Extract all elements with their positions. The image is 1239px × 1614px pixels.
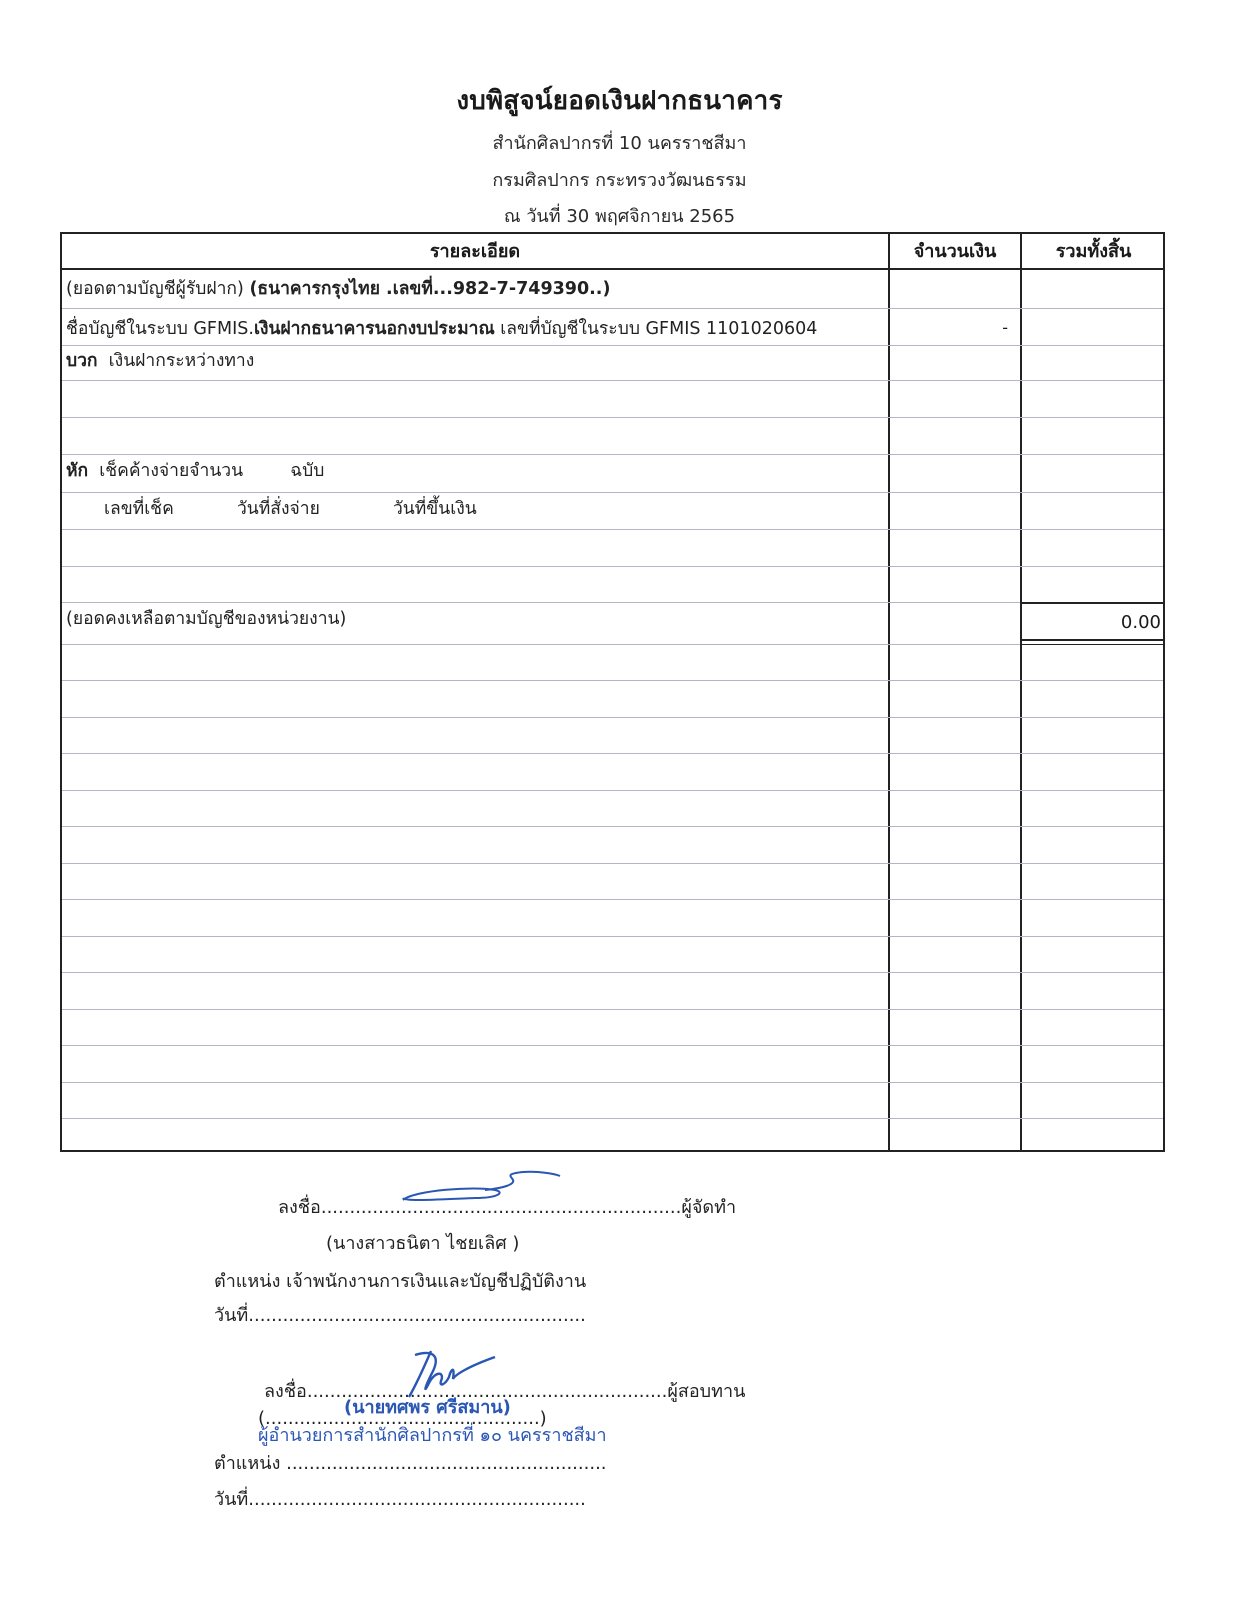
header-divider [62, 268, 1163, 270]
ruled-line [62, 790, 1163, 791]
gfmis-account-row: ชื่อบัญชีในระบบ GFMIS.เงินฝากธนาคารนอกงบ… [66, 314, 817, 342]
gfmis-account-name: เงินฝากธนาคารนอกงบประมาณ [254, 319, 495, 339]
office-name: สำนักศิลปากรที่ 10 นครราชสีมา [0, 128, 1239, 157]
issue-date-label: วันที่สั่งจ่าย [237, 499, 320, 519]
cheque-columns-row: เลขที่เช็ค วันที่สั่งจ่าย วันที่ขึ้นเงิน [104, 494, 477, 522]
bank-balance-label: (ยอดตามบัญชีผู้รับฝาก) [66, 279, 244, 299]
preparer-position: ตำแหน่ง เจ้าพนักงานการเงินและบัญชีปฏิบัต… [214, 1266, 586, 1295]
preparer-date-label: วันที่ [214, 1305, 248, 1326]
bank-balance-row: (ยอดตามบัญชีผู้รับฝาก) (ธนาคารกรุงไทย .เ… [66, 274, 610, 302]
deduct-row: หัก เช็คค้างจ่ายจำนวน ฉบับ [66, 456, 324, 484]
deduct-unit: ฉบับ [290, 461, 324, 481]
reviewer-date-line: วันที่..................................… [214, 1484, 586, 1513]
ruled-line [62, 417, 1163, 418]
preparer-date-line: วันที่..................................… [214, 1300, 586, 1329]
reviewer-position-stamp: ผู้อำนวยการสำนักศิลปากรที่ ๑๐ นครราชสีมา [258, 1420, 607, 1449]
column-header-total: รวมทั้งสิ้น [1022, 236, 1165, 268]
total-double-underline [1020, 639, 1163, 645]
column-header-amount: จำนวนเงิน [890, 236, 1020, 268]
cheque-number-label: เลขที่เช็ค [104, 499, 174, 519]
column-divider-total [1020, 234, 1022, 1150]
gfmis-amount: - [890, 318, 1008, 337]
ruled-line [62, 644, 1163, 645]
add-row: บวก เงินฝากระหว่างทาง [66, 346, 254, 374]
gfmis-account-number: เลขที่บัญชีในระบบ GFMIS 1101020604 [495, 319, 818, 339]
ruled-line [62, 566, 1163, 567]
ruled-line [62, 826, 1163, 827]
ruled-line [62, 863, 1163, 864]
ruled-line [62, 529, 1163, 530]
reviewer-position-dots: ........................................… [286, 1453, 606, 1474]
preparer-signature-icon [395, 1168, 575, 1208]
ruled-line [62, 899, 1163, 900]
preparer-date-dots: ........................................… [248, 1305, 586, 1326]
column-divider-amount [888, 234, 890, 1150]
bank-name: (ธนาคารกรุงไทย .เลขที่...982-7-749390..) [249, 279, 610, 299]
ruled-line [62, 680, 1163, 681]
reviewer-position-line: ตำแหน่ง ................................… [214, 1448, 607, 1477]
book-balance-total: 0.00 [1022, 612, 1161, 633]
add-label: บวก [66, 351, 98, 371]
department-name: กรมศิลปากร กระทรวงวัฒนธรรม [0, 165, 1239, 194]
reviewer-role: ผู้สอบทาน [667, 1381, 745, 1402]
ruled-line [62, 380, 1163, 381]
ruled-line [62, 1082, 1163, 1083]
ruled-line [62, 492, 1163, 493]
book-balance-label: (ยอดคงเหลือตามบัญชีของหน่วยงาน) [66, 604, 346, 632]
column-header-detail: รายละเอียด [62, 236, 888, 268]
ruled-line [62, 308, 1163, 309]
reviewer-sign-label: ลงชื่อ [264, 1381, 307, 1402]
as-of-date: ณ วันที่ 30 พฤศจิกายน 2565 [0, 201, 1239, 230]
deduct-label: หัก [66, 461, 88, 481]
preparer-role: ผู้จัดทำ [681, 1197, 736, 1218]
cash-date-label: วันที่ขึ้นเงิน [393, 499, 477, 519]
total-box-top-border [1020, 602, 1163, 604]
reviewer-position-label: ตำแหน่ง [214, 1453, 280, 1474]
ruled-line [62, 1118, 1163, 1119]
ruled-line [62, 753, 1163, 754]
ruled-line [62, 1009, 1163, 1010]
add-text: เงินฝากระหว่างทาง [109, 351, 255, 371]
preparer-sign-label: ลงชื่อ [278, 1197, 321, 1218]
ruled-line [62, 717, 1163, 718]
ruled-line [62, 972, 1163, 973]
ruled-line [62, 454, 1163, 455]
reviewer-date-label: วันที่ [214, 1489, 248, 1510]
preparer-name: (นางสาวธนิตา ไชยเลิศ ) [326, 1228, 519, 1257]
ruled-line [62, 936, 1163, 937]
reviewer-date-dots: ........................................… [248, 1489, 586, 1510]
deduct-text: เช็คค้างจ่ายจำนวน [99, 461, 243, 481]
reconciliation-table: รายละเอียด จำนวนเงิน รวมทั้งสิ้น (ยอดตาม… [60, 232, 1165, 1152]
document-title: งบพิสูจน์ยอดเงินฝากธนาคาร [0, 80, 1239, 121]
ruled-line [62, 1045, 1163, 1046]
ruled-line [62, 602, 1163, 603]
gfmis-prefix: ชื่อบัญชีในระบบ GFMIS. [66, 319, 254, 339]
